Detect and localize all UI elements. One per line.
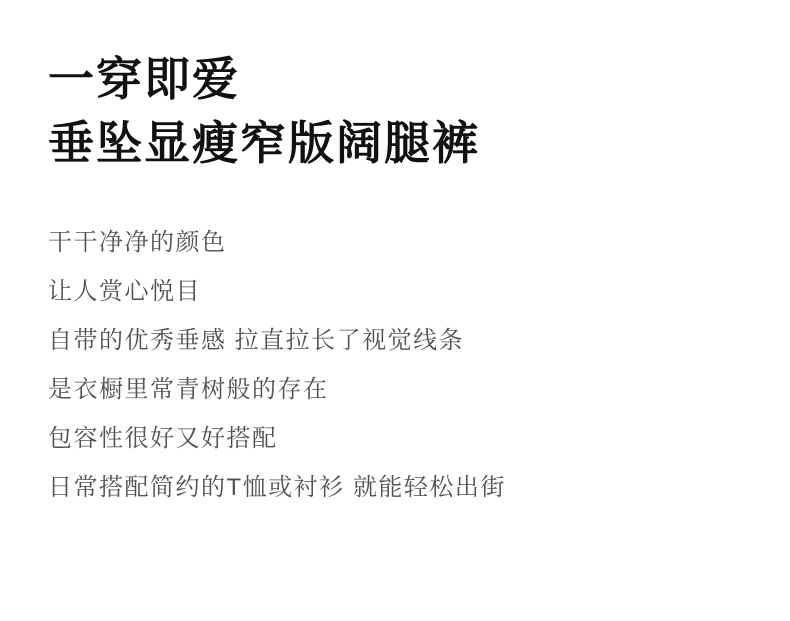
description-line-4: 是衣橱里常青树般的存在 <box>48 365 750 414</box>
product-description: 干干净净的颜色 让人赏心悦目 自带的优秀垂感 拉直拉长了视觉线条 是衣橱里常青树… <box>48 218 750 512</box>
description-line-3: 自带的优秀垂感 拉直拉长了视觉线条 <box>48 316 750 365</box>
description-line-6: 日常搭配简约的T恤或衬衫 就能轻松出街 <box>48 463 750 512</box>
product-title-line-1: 一穿即爱 <box>48 48 750 112</box>
description-line-1: 干干净净的颜色 <box>48 218 750 267</box>
product-description-page: 一穿即爱 垂坠显瘦窄版阔腿裤 干干净净的颜色 让人赏心悦目 自带的优秀垂感 拉直… <box>0 0 790 621</box>
description-line-5: 包容性很好又好搭配 <box>48 414 750 463</box>
description-line-2: 让人赏心悦目 <box>48 267 750 316</box>
product-title-line-2: 垂坠显瘦窄版阔腿裤 <box>48 112 750 176</box>
product-title: 一穿即爱 垂坠显瘦窄版阔腿裤 <box>48 48 750 176</box>
